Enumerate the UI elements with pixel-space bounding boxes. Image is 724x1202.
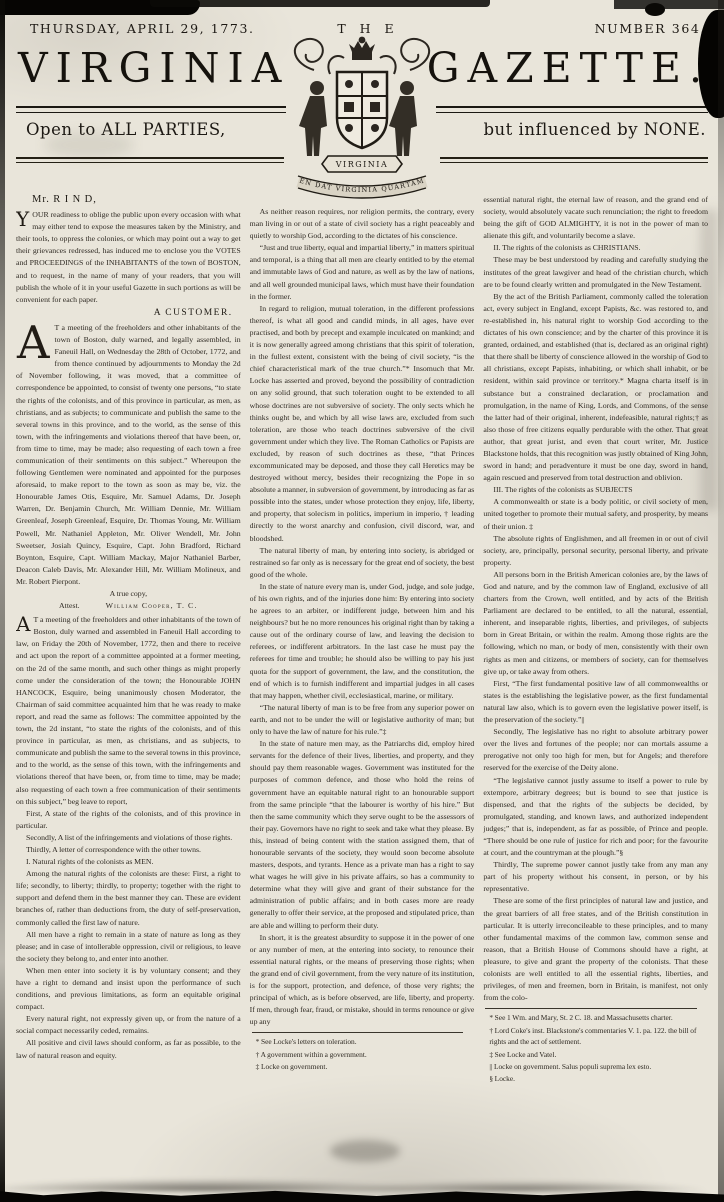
footnote-separator: [252, 1032, 463, 1033]
column-left: Mr. R I N D,YOUR readiness to oblige the…: [16, 188, 241, 1186]
town-clerk-name: William Cooper, T. C.: [106, 600, 198, 612]
letter-body: YOUR readiness to oblige the public upon…: [16, 209, 241, 306]
column-middle: As neither reason requires, nor religion…: [250, 188, 475, 1186]
paragraph: By the act of the British Parliament, co…: [483, 291, 708, 485]
masthead-rule: [440, 157, 708, 163]
section-heading: I. Natural rights of the colonists as ME…: [16, 856, 241, 868]
paragraph: First, A state of the rights of the colo…: [16, 808, 241, 832]
virginia-coat-of-arms-icon: VIRGINIA EN DAT VIRGINIA QUARTAM: [284, 30, 440, 204]
paragraph: AT a meeting of the freeholders and othe…: [16, 614, 241, 808]
footnote: † Lord Coke's inst. Blackstone's comment…: [489, 1025, 708, 1048]
footnote: § Locke.: [489, 1073, 708, 1084]
paragraph: In the state of nature men may, as the P…: [250, 738, 475, 932]
drop-cap: A: [16, 322, 55, 361]
attestation: Attest.William Cooper, T. C.: [16, 600, 241, 612]
motto-right: but influenced by NONE.: [483, 120, 706, 139]
paragraph: In the state of nature every man is, und…: [250, 581, 475, 702]
attest-label: Attest.: [59, 600, 80, 612]
motto-left: Open to ALL PARTIES,: [26, 120, 226, 139]
column-right: essential natural right, the eternal law…: [483, 188, 708, 1186]
title-gazette: GAZETTE.: [427, 44, 710, 92]
article-columns: Mr. R I N D,YOUR readiness to oblige the…: [0, 188, 724, 1186]
title-virginia: VIRGINIA: [18, 44, 289, 92]
paragraph: First, “The first fundamental positive l…: [483, 678, 708, 726]
paragraph: “Just and true liberty, equal and impart…: [250, 242, 475, 302]
footnote: † A government within a government.: [256, 1049, 475, 1060]
paragraph: These may be best understood by reading …: [483, 254, 708, 290]
paragraph: A commonwealth or state is a body politi…: [483, 496, 708, 532]
drop-cap: A: [16, 614, 33, 633]
footnote: ‡ See Locke and Vatel.: [489, 1049, 708, 1060]
paragraph: These are some of the first principles o…: [483, 895, 708, 1004]
masthead-rule: [436, 106, 708, 113]
paragraph: “The legislative cannot justly assume to…: [483, 775, 708, 860]
masthead: THURSDAY, APRIL 29, 1773. T H E NUMBER 3…: [0, 0, 724, 186]
paragraph: The natural liberty of man, by entering …: [250, 545, 475, 581]
paragraph: All positive and civil laws should confo…: [16, 1037, 241, 1061]
paragraph: Every natural right, not expressly given…: [16, 1013, 241, 1037]
paragraph: Thirdly, The supreme power cannot justly…: [483, 859, 708, 895]
footnote: * See Locke's letters on toleration.: [256, 1036, 475, 1047]
paragraph: essential natural right, the eternal law…: [483, 194, 708, 242]
footnote: * See 1 Wm. and Mary, St. 2 C. 18. and M…: [489, 1012, 708, 1023]
masthead-rule: [16, 157, 284, 163]
section-heading: II. The rights of the colonists as CHRIS…: [483, 242, 708, 254]
drop-cap: Y: [16, 209, 32, 228]
attestation-intro: A true copy,: [16, 588, 241, 600]
footnote-separator: [485, 1008, 696, 1009]
paragraph: All men have a right to remain in a stat…: [16, 929, 241, 965]
masthead-rule: [16, 106, 286, 113]
paragraph: Secondly, The legislative has no right t…: [483, 726, 708, 774]
paragraph: Secondly, A list of the infringements an…: [16, 832, 241, 844]
paragraph: “The natural liberty of man is to be fre…: [250, 702, 475, 738]
issue-number: NUMBER 364.: [399, 21, 706, 36]
paragraph: Among the natural rights of the colonist…: [16, 868, 241, 928]
paragraph: In short, it is the greatest absurdity t…: [250, 932, 475, 1029]
paragraph: When men enter into society it is by vol…: [16, 965, 241, 1013]
newspaper-page: THURSDAY, APRIL 29, 1773. T H E NUMBER 3…: [0, 0, 724, 1202]
paragraph: All persons born in the British American…: [483, 569, 708, 678]
crest-banner-text: VIRGINIA: [335, 160, 388, 169]
paragraph: Thirdly, A letter of correspondence with…: [16, 844, 241, 856]
scan-artifact-bottom-edge: [0, 1187, 724, 1202]
paragraph: As neither reason requires, nor religion…: [250, 206, 475, 242]
section-heading: III. The rights of the colonists as SUBJ…: [483, 484, 708, 496]
paragraph: The absolute rights of Englishmen, and a…: [483, 533, 708, 569]
letter-salutation: Mr. R I N D,: [32, 194, 241, 206]
paragraph: AT a meeting of the freeholders and othe…: [16, 322, 241, 588]
footnote: ‡ Locke on government.: [256, 1061, 475, 1072]
footnote: || Locke on government. Salus populi sup…: [489, 1061, 708, 1072]
paragraph: In regard to religion, mutual toleration…: [250, 303, 475, 545]
